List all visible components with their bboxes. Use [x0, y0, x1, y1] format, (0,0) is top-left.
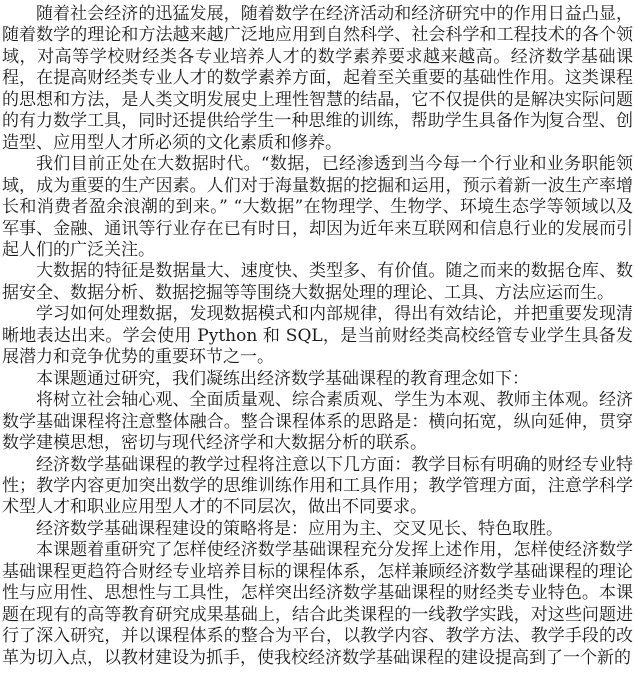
paragraph: 将树立社会轴心观、全面质量观、综合素质观、学生为本观、教师主体观。经济数学基础课… [2, 390, 633, 454]
paragraph: 本课题通过研究，我们凝练出经济数学基础课程的教育理念如下： [2, 369, 633, 390]
paragraph: 随着社会经济的迅猛发展，随着数学在经济活动和经济研究中的作用日益凸显，随着数学的… [2, 4, 633, 154]
paragraph-text: 随着社会经济的迅猛发展，随着数学在经济活动和经济研究中的作用日益凸显，随着数学的… [2, 4, 633, 131]
paragraph: 我们目前正处在大数据时代。“数据，已经渗透到当今每一个行业和业务职能领域，成为重… [2, 154, 633, 261]
paragraph: 经济数学基础课程建设的策略将是：应用为主、交叉见长、特色取胜。 [2, 519, 633, 540]
paragraph: 经济数学基础课程的教学过程将注意以下几方面：教学目标有明确的财经专业特性；教学内… [2, 455, 633, 519]
paragraph: 学习如何处理数据，发现数据模式和内部规律，得出有效结论，并把重要发现清晰地表达出… [2, 304, 633, 368]
paragraph: 大数据的特征是数据量大、速度快、类型多、有价值。随之而来的数据仓库、数据安全、数… [2, 261, 633, 304]
paragraph: 本课题着重研究了怎样使经济数学基础课程充分发挥上述作用，怎样使经济数学基础课程更… [2, 540, 633, 669]
document-page: 随着社会经济的迅猛发展，随着数学在经济活动和经济研究中的作用日益凸显，随着数学的… [0, 0, 634, 676]
